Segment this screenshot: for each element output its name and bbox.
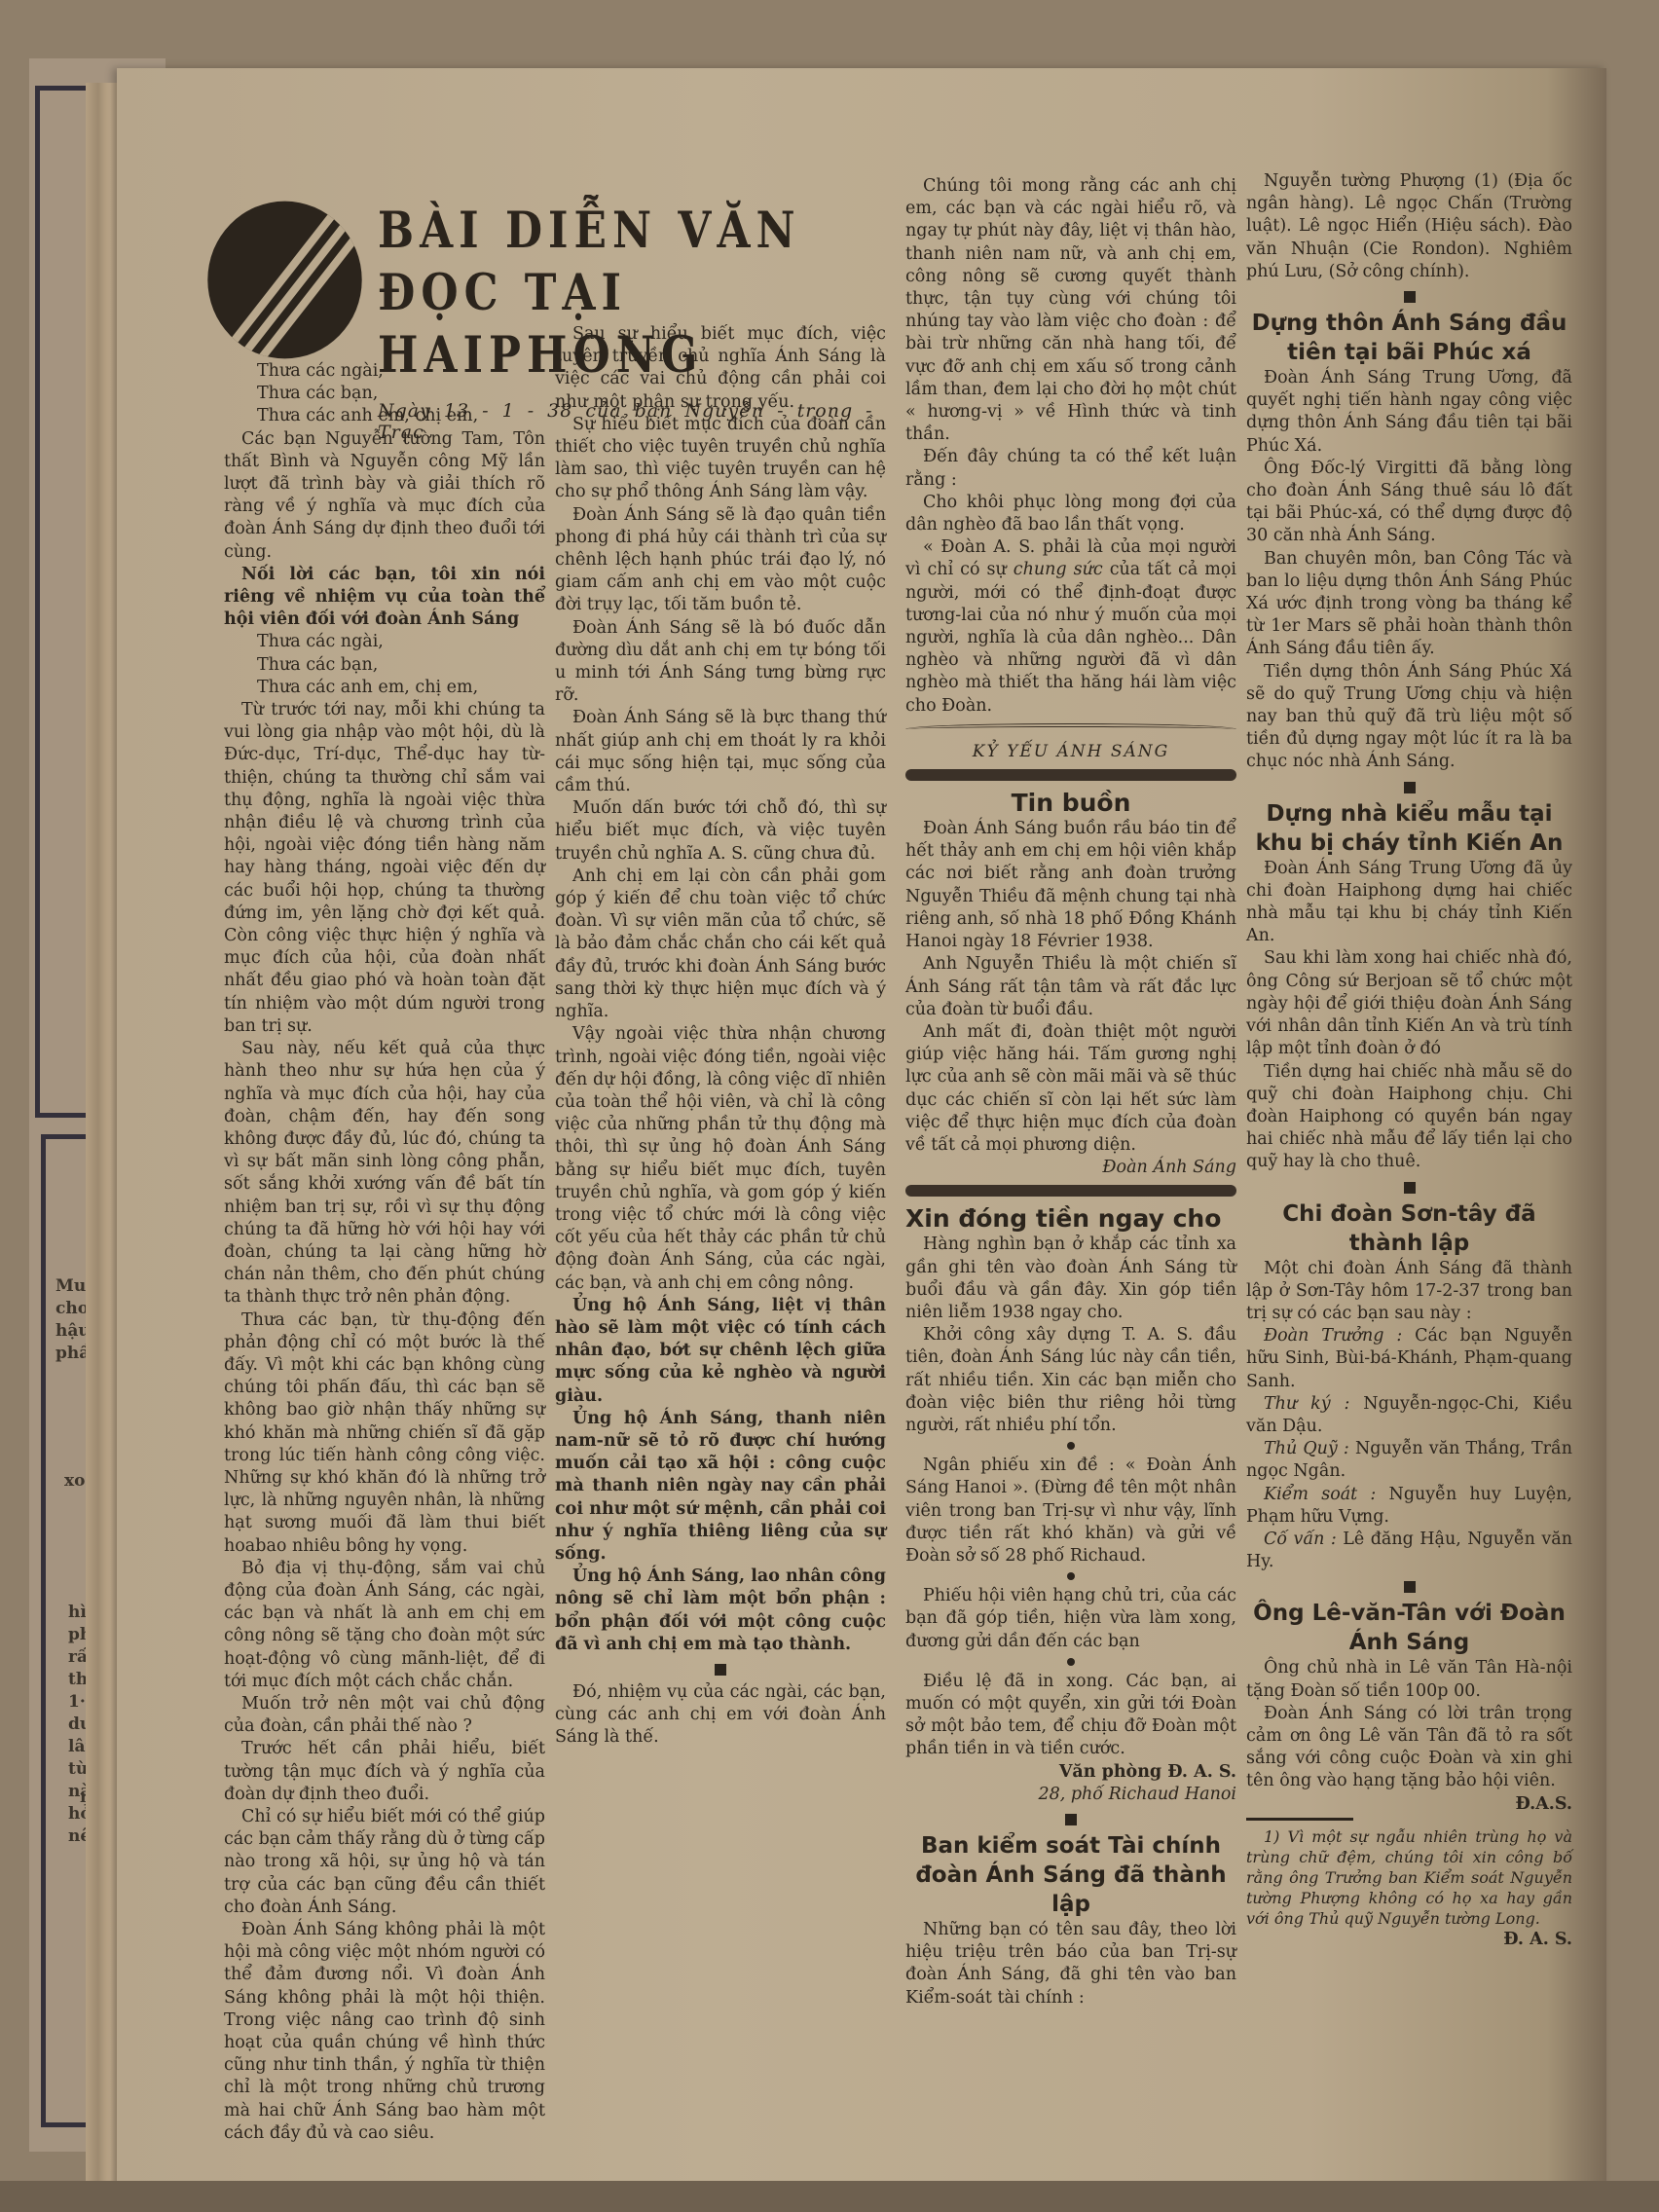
paragraph: Muốn dấn bước tới chỗ đó, thì sự hiểu bi… [555, 797, 886, 866]
article-title-tin-buon: Tin buồn [905, 789, 1236, 818]
paragraph: Bỏ địa vị thụ-động, sắm vai chủ động của… [224, 1558, 545, 1693]
paragraph: Các bạn Nguyễn tường Tam, Tôn thất Bình … [224, 428, 545, 564]
wavy-divider [905, 723, 1236, 735]
paragraph: Sau sự hiểu biết mục đích, việc tuyên tr… [555, 323, 886, 414]
bullet-dot [1067, 1572, 1075, 1580]
section-header: KỶ YẾU ÁNH SÁNG [905, 741, 1236, 763]
paragraph: Hàng nghìn bạn ở khắp các tỉnh xa gần gh… [905, 1234, 1236, 1324]
salutation: Thưa các anh em, chị em, [224, 677, 545, 699]
thick-rule [905, 769, 1236, 781]
paragraph: Đoàn Ánh Sáng sẽ là đạo quân tiền phong … [555, 504, 886, 617]
paragraph: Ông Đốc-lý Virgitti đã bằng lòng cho đoà… [1246, 458, 1572, 548]
signature: Đoàn Ánh Sáng [905, 1157, 1236, 1179]
paragraph: Đoàn Ánh Sáng Trung Ương, đã quyết nghị … [1246, 367, 1572, 458]
section-divider-square [1404, 291, 1416, 303]
paragraph: Nối lời các bạn, tôi xin nói riêng về nh… [224, 564, 545, 632]
paragraph: Chúng tôi mong rằng các anh chị em, các … [905, 175, 1236, 446]
footnote-signature: Đ. A. S. [1246, 1929, 1572, 1951]
salutation: Thưa các ngài, [224, 631, 545, 653]
paragraph: Đoàn Ánh Sáng Trung Ương đã ủy chi đoàn … [1246, 858, 1572, 948]
paragraph: Phiếu hội viên hạng chủ tri, của các bạn… [905, 1585, 1236, 1653]
paragraph: Đoàn Ánh Sáng sẽ là bó đuốc dẫn đường dì… [555, 617, 886, 708]
bullet-dot [1067, 1442, 1075, 1450]
column-3: Chúng tôi mong rằng các anh chị em, các … [905, 175, 1236, 2009]
paragraph: Ông chủ nhà in Lê văn Tân Hà-nội tặng Đo… [1246, 1657, 1572, 1702]
paragraph: Vậy ngoài việc thừa nhận chương trình, n… [555, 1023, 886, 1294]
paragraph: Anh chị em lại còn cần phải gom góp ý ki… [555, 866, 886, 1023]
thick-rule [905, 1185, 1236, 1197]
column-4: Nguyễn tường Phượng (1) (Địa ốc ngân hàn… [1246, 170, 1572, 1951]
section-divider-square [1065, 1814, 1077, 1825]
paragraph: Những bạn có tên sau đây, theo lời hiệu … [905, 1919, 1236, 2009]
paragraph: Nguyễn tường Phượng (1) (Địa ốc ngân hàn… [1246, 170, 1572, 283]
paragraph: Trước hết cần phải hiểu, biết tường tận … [224, 1738, 545, 1806]
paragraph: Điều lệ đã in xong. Các bạn, ai muốn có … [905, 1671, 1236, 1761]
paragraph: Ban chuyên môn, ban Công Tác và ban lo l… [1246, 548, 1572, 661]
paragraph: Cho khôi phục lòng mong đợi của dân nghè… [905, 492, 1236, 536]
paragraph: Anh mất đi, đoàn thiệt một người giúp vi… [905, 1021, 1236, 1157]
footnote-rule [1246, 1818, 1353, 1821]
paragraph: Anh Nguyễn Thiều là một chiến sĩ Ánh Sán… [905, 953, 1236, 1021]
paragraph: Ủng hộ Ánh Sáng, thanh niên nam-nữ sẽ tỏ… [555, 1408, 886, 1566]
article-title-ban-kiem-soat: Ban kiểm soát Tài chính đoàn Ánh Sáng đã… [905, 1831, 1236, 1919]
paragraph: Khởi công xây dựng T. A. S. đầu tiên, đo… [905, 1324, 1236, 1437]
footnote: 1) Vì một sự ngẫu nhiên trùng họ và trùn… [1246, 1826, 1572, 1929]
role-entry: Thư ký : Nguyễn-ngọc-Chi, Kiều văn Dậu. [1246, 1393, 1572, 1438]
column-2: Sau sự hiểu biết mục đích, việc tuyên tr… [555, 323, 886, 1750]
signature-address: 28, phố Richaud Hanoi [905, 1784, 1236, 1806]
paragraph: Chỉ có sự hiểu biết mới có thể giúp các … [224, 1806, 545, 1919]
salutation: Thưa các bạn, [224, 383, 545, 405]
paragraph: Tiền dựng hai chiếc nhà mẫu sẽ do quỹ ch… [1246, 1061, 1572, 1174]
article-title-le-van-tan: Ông Lê-văn-Tân với Đoàn Ánh Sáng [1246, 1599, 1572, 1657]
role-entry: Thủ Quỹ : Nguyễn văn Thắng, Trần ngọc Ng… [1246, 1438, 1572, 1483]
paragraph: Muốn trở nên một vai chủ động của đoàn, … [224, 1693, 545, 1738]
bullet-dot [1067, 1658, 1075, 1666]
section-divider-square [715, 1664, 726, 1676]
section-divider-square [1404, 1581, 1416, 1593]
signature-office: Văn phòng Đ. A. S. [905, 1761, 1236, 1784]
paragraph: « Đoàn A. S. phải là của mọi người vì ch… [905, 536, 1236, 718]
anh-sang-logo-icon [204, 200, 365, 360]
article-title-xin-dong-tien: Xin đóng tiền ngay cho [905, 1204, 1236, 1234]
role-entry: Cố vấn : Lê đăng Hậu, Nguyễn văn Hy. [1246, 1529, 1572, 1573]
salutation: Thưa các bạn, [224, 654, 545, 677]
paragraph: Một chi đoàn Ánh Sáng đã thành lập ở Sơn… [1246, 1258, 1572, 1326]
paragraph: Đoàn Ánh Sáng sẽ là bực thang thứ nhất g… [555, 707, 886, 797]
role-entry: Kiểm soát : Nguyễn huy Luyện, Phạm hữu V… [1246, 1484, 1572, 1529]
salutation: Thưa các ngài, [224, 360, 545, 383]
paragraph: Sau khi làm xong hai chiếc nhà đó, ông C… [1246, 947, 1572, 1060]
role-entry: Đoàn Trưởng : Các bạn Nguyễn hữu Sinh, B… [1246, 1325, 1572, 1393]
newspaper-page: BÀI DIỄN VĂN ĐỌC TẠI HAIPHONG Ngày 13 - … [117, 68, 1606, 2205]
section-divider-square [1404, 1182, 1416, 1194]
paragraph: Đó, nhiệm vụ của các ngài, các bạn, cùng… [555, 1681, 886, 1750]
paragraph: Đến đây chúng ta có thể kết luận rằng : [905, 446, 1236, 491]
paragraph: Từ trước tới nay, mỗi khi chúng ta vui l… [224, 699, 545, 1038]
paragraph: Đoàn Ánh Sáng không phải là một hội mà c… [224, 1919, 545, 2145]
paragraph: Sự hiểu biết mục đích của đoàn cần thiết… [555, 414, 886, 504]
signature: Đ.A.S. [1246, 1793, 1572, 1816]
paragraph: Sau này, nếu kết quả của thực hành theo … [224, 1038, 545, 1309]
paragraph: Ủng hộ Ánh Sáng, liệt vị thân hào sẽ làm… [555, 1295, 886, 1408]
article-title-dung-thon: Dựng thôn Ánh Sáng đầu tiên tại bãi Phúc… [1246, 309, 1572, 367]
paragraph: Ngân phiếu xin đề : « Đoàn Ánh Sáng Hano… [905, 1455, 1236, 1567]
salutation: Thưa các anh em, chị em, [224, 405, 545, 427]
paragraph: Đoàn Ánh Sáng có lời trân trọng cảm ơn ô… [1246, 1703, 1572, 1793]
paragraph: Tiền dựng thôn Ánh Sáng Phúc Xá sẽ do qu… [1246, 661, 1572, 774]
paragraph: Đoàn Ánh Sáng buồn rầu báo tin để hết th… [905, 818, 1236, 953]
article-title-dung-nha: Dựng nhà kiểu mẫu tại khu bị cháy tỉnh K… [1246, 799, 1572, 858]
section-divider-square [1404, 782, 1416, 793]
column-1: Thưa các ngài, Thưa các bạn, Thưa các an… [224, 360, 545, 2145]
bottom-page-edge [0, 2181, 1659, 2212]
paragraph: Ủng hộ Ánh Sáng, lao nhân công nông sẽ c… [555, 1566, 886, 1656]
article-title-son-tay: Chi đoàn Sơn-tây đã thành lập [1246, 1199, 1572, 1258]
paragraph: Thưa các bạn, từ thụ-động đến phản động … [224, 1309, 545, 1558]
